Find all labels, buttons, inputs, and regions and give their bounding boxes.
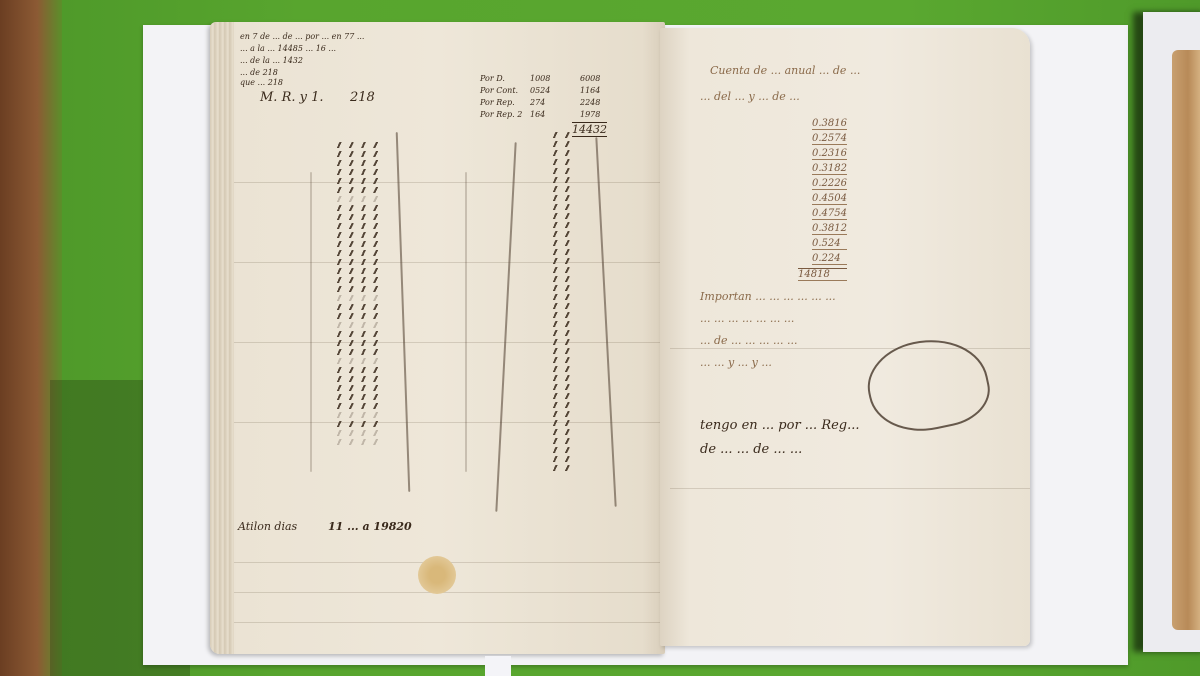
summary-b: 2248 xyxy=(580,98,600,107)
summary-b: 6008 xyxy=(580,74,600,83)
subtotal-label: M. R. y 1. xyxy=(260,90,324,105)
paper-stain xyxy=(418,556,456,594)
subtotal-value: 218 xyxy=(350,90,375,105)
closing-line: de ... ... de ... ... xyxy=(700,442,802,457)
summary-a: 164 xyxy=(530,110,545,119)
amount: 0.2226 xyxy=(812,178,847,190)
amount: 0.4754 xyxy=(812,208,847,220)
header-line: ... de 218 xyxy=(240,68,278,77)
summary-label: Por Rep. 2 xyxy=(480,110,522,119)
summary-total: 14432 xyxy=(572,122,607,137)
footer-value: 11 ... a 19820 xyxy=(328,520,412,533)
header-line: en 7 de ... de ... por ... en 77 ... xyxy=(240,32,364,41)
paragraph-line: ... ... y ... y ... xyxy=(700,356,772,369)
amount-total: 14818 xyxy=(798,268,847,281)
summary-b: 1164 xyxy=(580,86,600,95)
amount: 0.2316 xyxy=(812,148,847,160)
summary-a: 0524 xyxy=(530,86,550,95)
footer-label: Atilon dias xyxy=(238,520,297,533)
closing-line: tengo en ... por ... Reg... xyxy=(700,418,860,433)
adjacent-rolled-document xyxy=(1172,50,1200,630)
amount: 0.4504 xyxy=(812,193,847,205)
amount: 0.524 xyxy=(812,238,847,250)
pen-stroke xyxy=(595,137,616,507)
amount: 0.3816 xyxy=(812,118,847,130)
pen-stroke xyxy=(396,132,411,492)
header-line: Cuenta de ... anual ... de ... xyxy=(710,64,860,77)
paragraph-line: ... ... ... ... ... ... ... xyxy=(700,312,794,325)
summary-a: 1008 xyxy=(530,74,550,83)
summary-b: 1978 xyxy=(580,110,600,119)
summary-a: 274 xyxy=(530,98,545,107)
paper-tab xyxy=(485,656,511,676)
amount-column: 0.3816 0.2574 0.2316 0.3182 0.2226 0.450… xyxy=(812,118,847,281)
pen-stroke xyxy=(495,142,516,512)
amount: 0.224 xyxy=(812,253,847,265)
header-line: ... del ... y ... de ... xyxy=(700,90,800,103)
summary-label: Por D. xyxy=(480,74,505,83)
amount: 0.3182 xyxy=(812,163,847,175)
pen-stroke xyxy=(465,172,467,472)
amount: 0.3812 xyxy=(812,223,847,235)
summary-label: Por Cont. xyxy=(480,86,518,95)
paragraph-line: Importan ... ... ... ... ... ... xyxy=(700,290,836,303)
amount: 0.2574 xyxy=(812,133,847,145)
header-line: que ... 218 xyxy=(240,78,283,87)
summary-label: Por Rep. xyxy=(480,98,515,107)
header-line: ... de la ... 1432 xyxy=(240,56,303,65)
tally-column xyxy=(334,142,384,445)
paragraph-line: ... de ... ... ... ... ... xyxy=(700,334,797,347)
pen-stroke xyxy=(310,172,312,472)
header-line: ... a la ... 14485 ... 16 ... xyxy=(240,44,336,53)
